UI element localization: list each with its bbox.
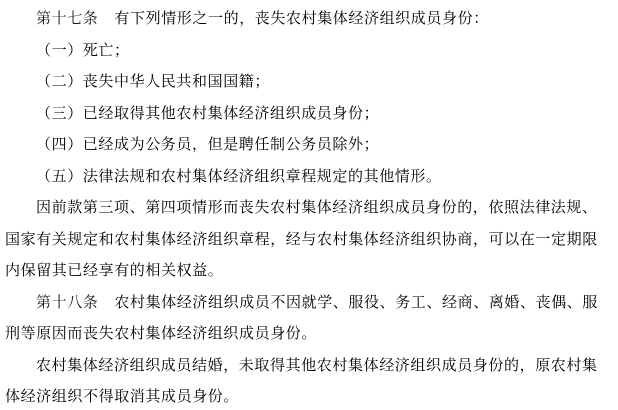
article-17-item-2: （二）丧失中华人民共和国国籍；	[5, 66, 617, 98]
article-17-label: 第十七条	[36, 9, 98, 27]
article-17-item-1: （一）死亡；	[5, 35, 617, 67]
article-18-heading: 第十八条农村集体经济组织成员不因就学、服役、务工、经商、离婚、丧偶、服	[5, 287, 617, 319]
article-17-para2-line-3: 内保留其已经享有的相关权益。	[5, 255, 617, 287]
article-17-para2-line-1: 因前款第三项、第四项情形而丧失农村集体经济组织成员身份的，依照法律法规、	[5, 192, 617, 224]
article-17-item-3: （三）已经取得其他农村集体经济组织成员身份；	[5, 98, 617, 130]
article-18-label: 第十八条	[36, 293, 98, 311]
article-18-para2-line-2: 体经济组织不得取消其成员身份。	[5, 381, 617, 410]
article-17-para2-line-2: 国家有关规定和农村集体经济组织章程，经与农村集体经济组织协商，可以在一定期限	[5, 224, 617, 256]
article-18-para1-line-1: 农村集体经济组织成员不因就学、服役、务工、经商、离婚、丧偶、服	[114, 293, 598, 311]
legal-document: 第十七条有下列情形之一的，丧失农村集体经济组织成员身份： （一）死亡； （二）丧…	[5, 3, 617, 410]
article-17-item-5: （五）法律法规和农村集体经济组织章程规定的其他情形。	[5, 161, 617, 193]
article-18-para1-line-2: 刑等原因而丧失农村集体经济组织成员身份。	[5, 318, 617, 350]
article-17-heading: 第十七条有下列情形之一的，丧失农村集体经济组织成员身份：	[5, 3, 617, 35]
article-17-item-4: （四）已经成为公务员，但是聘任制公务员除外；	[5, 129, 617, 161]
article-17-intro: 有下列情形之一的，丧失农村集体经济组织成员身份：	[114, 9, 488, 27]
article-18-para2-line-1: 农村集体经济组织成员结婚，未取得其他农村集体经济组织成员身份的，原农村集	[5, 350, 617, 382]
